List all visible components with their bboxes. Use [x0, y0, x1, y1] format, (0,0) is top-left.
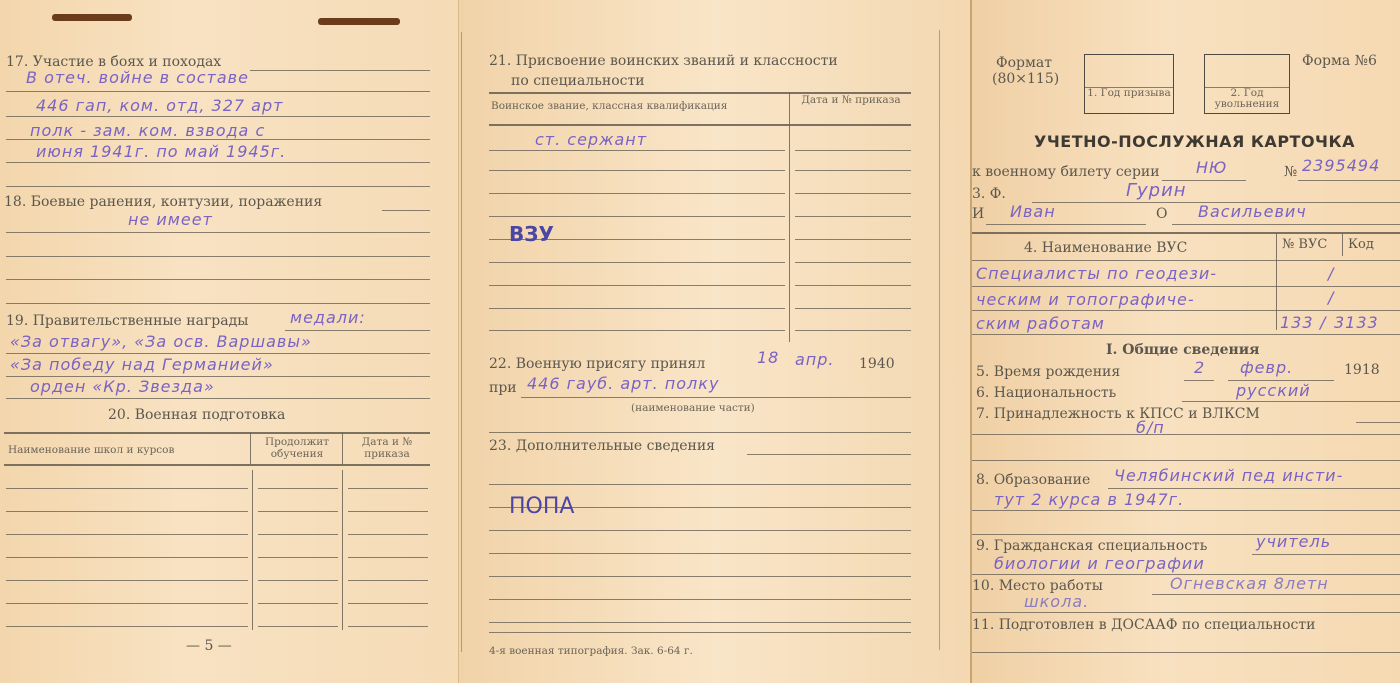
- ruled-line: [6, 511, 248, 512]
- birth-day: 2: [1194, 358, 1205, 377]
- vus-line2: ческим и топографиче-: [976, 290, 1195, 309]
- ruled-line: [489, 330, 785, 331]
- item17-line4: июня 1941г. по май 1945г.: [36, 142, 286, 161]
- ruled-line: [258, 511, 338, 512]
- vus-slash-1: /: [1328, 264, 1334, 283]
- ruled-line: [489, 150, 785, 151]
- oath-day: 18: [757, 348, 779, 367]
- party-label: 7. Принадлежность к КПСС и ВЛКСМ: [976, 406, 1260, 422]
- ruled-line: [795, 308, 911, 309]
- item18-value: не имеет: [128, 210, 213, 229]
- ruled-line: [348, 580, 428, 581]
- imprint: 4-я военная типография. Зак. 6-64 г.: [489, 645, 693, 657]
- education-line2: тут 2 курса в 1947г.: [994, 490, 1184, 509]
- left-page: 17. Участие в боях и походах В отеч. вой…: [0, 0, 458, 683]
- nationality-label: 6. Национальность: [976, 385, 1116, 401]
- page-number: — 5 —: [186, 638, 232, 654]
- item19-line1: «За отвагу», «За осв. Варшавы»: [10, 332, 312, 351]
- ruled-line: [258, 488, 338, 489]
- item17-line1: В отеч. войне в составе: [26, 68, 249, 87]
- ruled-line: [258, 557, 338, 558]
- oath-unit-caption: (наименование части): [631, 402, 755, 414]
- item21-col-rank: Воинское звание, классная квалификация: [491, 100, 727, 112]
- name-label: И: [972, 206, 984, 222]
- ruled-line: [348, 511, 428, 512]
- ruled-line: [348, 557, 428, 558]
- item19-line2: «За победу над Германией»: [10, 355, 274, 374]
- format-size: (80×115): [992, 71, 1059, 87]
- oath-prefix: при: [489, 380, 517, 396]
- vus-line1: Специалисты по геодези-: [976, 264, 1217, 283]
- form-number: Форма №6: [1302, 53, 1377, 69]
- rank-value: ст. сержант: [535, 130, 647, 149]
- ruled-line: [6, 534, 248, 535]
- ruled-line: [258, 580, 338, 581]
- box1-label: 1. Год призыва: [1085, 88, 1173, 99]
- vus-col-code: Код: [1348, 237, 1374, 252]
- vus-line3: ским работам: [976, 314, 1105, 333]
- ruled-line: [489, 285, 785, 286]
- vus-code-slash: /: [1320, 313, 1326, 332]
- item19-line3: орден «Кр. Звезда»: [30, 377, 215, 396]
- tape-strip: [318, 18, 400, 25]
- item20-col-date: Дата и № приказа: [346, 436, 428, 460]
- ticket-label: к военному билету серии: [972, 164, 1160, 180]
- ruled-line: [489, 632, 911, 633]
- ruled-line: [795, 193, 911, 194]
- ruled-line: [489, 599, 911, 600]
- item19-value-first: медали:: [290, 308, 366, 327]
- vus-col-no: № ВУС: [1282, 237, 1327, 252]
- workplace-line1: Огневская 8летн: [1170, 574, 1329, 593]
- item18-label: 18. Боевые ранения, контузии, поражения: [4, 194, 322, 210]
- ticket-number: 2395494: [1302, 156, 1380, 175]
- vus-code: 3133: [1334, 313, 1379, 332]
- ruled-line: [348, 626, 428, 627]
- dosaaf-label: 11. Подготовлен в ДОСААФ по специальност…: [972, 617, 1315, 633]
- education-line1: Челябинский пед инсти-: [1114, 466, 1343, 485]
- item21-label-2: по специальности: [511, 73, 645, 89]
- birth-label: 5. Время рождения: [976, 364, 1120, 380]
- ruled-line: [6, 557, 248, 558]
- item22-label: 22. Военную присягу принял: [489, 356, 705, 372]
- item20-label: 20. Военная подготовка: [108, 407, 285, 423]
- item17-line2: 446 гап, ком. отд, 327 арт: [36, 96, 283, 115]
- ruled-line: [348, 603, 428, 604]
- stamp-mark: ПОПА: [509, 494, 574, 519]
- format-label: Формат: [996, 55, 1052, 71]
- ruled-line: [489, 262, 785, 263]
- ruled-line: [795, 150, 911, 151]
- ruled-line: [348, 488, 428, 489]
- vus-number: 133: [1280, 313, 1314, 332]
- ruled-line: [489, 622, 911, 623]
- birth-year: 1918: [1344, 362, 1380, 378]
- ruled-line: [489, 193, 785, 194]
- ruled-line: [489, 530, 911, 531]
- discharge-year-box: 2. Год увольнения: [1204, 54, 1290, 114]
- ruled-line: [489, 308, 785, 309]
- ruled-line: [489, 216, 785, 217]
- item20-col-name: Наименование школ и курсов: [8, 444, 174, 456]
- ruled-line: [6, 488, 248, 489]
- name-value: Иван: [1010, 202, 1056, 221]
- education-label: 8. Образование: [976, 472, 1090, 488]
- card-title: УЧЕТНО-ПОСЛУЖНАЯ КАРТОЧКА: [1034, 132, 1355, 151]
- ruled-line: [489, 484, 911, 485]
- ruled-line: [489, 170, 785, 171]
- ruled-line: [795, 170, 911, 171]
- oath-month: апр.: [795, 350, 835, 369]
- tape-strip: [52, 14, 132, 21]
- ruled-line: [795, 262, 911, 263]
- ruled-line: [795, 216, 911, 217]
- patronymic-value: Васильевич: [1198, 202, 1307, 221]
- item23-label: 23. Дополнительные сведения: [489, 438, 715, 454]
- ruled-line: [258, 603, 338, 604]
- ink-mark: ВЗУ: [509, 222, 554, 246]
- workplace-line2: школа.: [1024, 592, 1089, 611]
- section-general: I. Общие сведения: [1106, 342, 1260, 358]
- nationality-value: русский: [1236, 381, 1311, 400]
- ruled-line: [489, 576, 911, 577]
- item21-label-1: 21. Присвоение воинских званий и классно…: [489, 53, 838, 69]
- ruled-line: [489, 553, 911, 554]
- conscription-year-box: 1. Год призыва: [1084, 54, 1174, 114]
- box2-label: 2. Год увольнения: [1205, 88, 1289, 110]
- ruled-line: [6, 603, 248, 604]
- oath-unit: 446 гауб. арт. полку: [527, 374, 719, 393]
- ruled-line: [795, 285, 911, 286]
- civil-spec-label: 9. Гражданская специальность: [976, 538, 1207, 554]
- surname-value: Гурин: [1126, 180, 1187, 201]
- ruled-line: [795, 239, 911, 240]
- civil-spec-line2: биологии и географии: [994, 554, 1205, 573]
- ruled-line: [348, 534, 428, 535]
- ruled-line: [795, 330, 911, 331]
- vus-slash-2: /: [1328, 288, 1334, 307]
- vus-header: 4. Наименование ВУС: [1024, 240, 1187, 256]
- ticket-no-label: №: [1284, 164, 1297, 180]
- ruled-line: [6, 626, 248, 627]
- middle-page: 21. Присвоение воинских званий и классно…: [458, 0, 971, 683]
- birth-month: февр.: [1240, 358, 1293, 377]
- item19-label: 19. Правительственные награды: [6, 313, 248, 329]
- ruled-line: [258, 626, 338, 627]
- right-page: Формат (80×115) 1. Год призыва 2. Год ув…: [970, 0, 1400, 683]
- civil-spec-line1: учитель: [1256, 532, 1331, 551]
- item17-line3: полк - зам. ком. взвода с: [30, 121, 265, 140]
- ruled-line: [6, 580, 248, 581]
- patronymic-label: О: [1156, 206, 1167, 222]
- item20-col-duration: Продолжит обучения: [254, 436, 340, 460]
- ruled-line: [258, 534, 338, 535]
- surname-label: 3. Ф.: [972, 186, 1006, 202]
- oath-year: 1940: [859, 356, 895, 372]
- ticket-series: НЮ: [1196, 158, 1227, 177]
- item21-col-date: Дата и № приказа: [799, 94, 903, 106]
